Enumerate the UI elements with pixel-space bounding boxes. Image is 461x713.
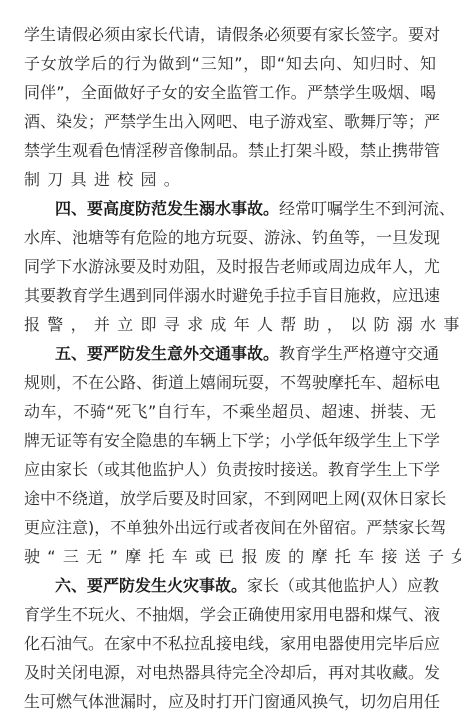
line-text: 家长（或其他监护人）应教 [247, 576, 439, 595]
line-text: 育学生不玩火、不抽烟，学会正确使用家用电器和煤气、液 [24, 605, 440, 624]
text-line: 应由家长（或其他监护人）负责按时接送。教育学生上下学 [24, 455, 436, 484]
section-heading: 四、要高度防范发生溺水事故。 [55, 199, 279, 218]
line-text: 制刀具进校园。 [24, 170, 187, 189]
text-line: 其要教育学生遇到同伴溺水时避免手拉手盲目施救，应迅速 [24, 281, 436, 310]
section-heading-line-6: 六、要严防发生火灾事故。家长（或其他监护人）应教 [55, 571, 436, 600]
line-text: 同伴”，全面做好子女的安全监管工作。严禁学生吸烟、喝 [24, 83, 436, 102]
line-text: 教育学生严格遵守交通 [279, 344, 439, 363]
text-line: 水库、池塘等有危险的地方玩耍、游泳、钓鱼等，一旦发现 [24, 223, 436, 252]
line-text: 报警，并立即寻求成年人帮助，以防溺水事故的发生。 [24, 315, 461, 334]
text-line: 更应注意)，不单独外出远行或者夜间在外留宿。严禁家长驾 [24, 513, 436, 542]
line-text: 水库、池塘等有危险的地方玩耍、游泳、钓鱼等，一旦发现 [24, 228, 440, 247]
text-line: 禁学生观看色情淫秽音像制品。禁止打架斗殴，禁止携带管 [24, 136, 436, 165]
line-text: 禁学生观看色情淫秽音像制品。禁止打架斗殴，禁止携带管 [24, 141, 440, 160]
line-text: 更应注意)，不单独外出远行或者夜间在外留宿。严禁家长驾 [24, 518, 446, 537]
line-text: 牌无证等有安全隐患的车辆上下学；小学低年级学生上下学 [24, 431, 440, 450]
section-heading-line-4: 四、要高度防范发生溺水事故。经常叮嘱学生不到河流、 [55, 194, 436, 223]
line-text: 及时关闭电源，对电热器具待完全冷却后，再对其收藏。发 [24, 663, 440, 682]
text-line: 牌无证等有安全隐患的车辆上下学；小学低年级学生上下学 [24, 426, 436, 455]
line-text: 生可燃气体泄漏时，应及时打开门窗通风换气，切勿启用任 [24, 692, 440, 711]
line-text: 学生请假必须由家长代请，请假条必须要有家长签字。要对 [24, 25, 440, 44]
section-heading: 六、要严防发生火灾事故。 [55, 576, 247, 595]
text-line: 酒、染发；严禁学生出入网吧、电子游戏室、歌舞厅等；严 [24, 107, 436, 136]
section-heading: 五、要严防发生意外交通事故。 [55, 344, 279, 363]
text-line: 动车，不骑“死飞”自行车，不乘坐超员、超速、拼装、无 [24, 397, 436, 426]
text-line: 同伴”，全面做好子女的安全监管工作。严禁学生吸烟、喝 [24, 78, 436, 107]
text-line: 途中不绕道，放学后要及时回家，不到网吧上网(双休日家长 [24, 484, 436, 513]
line-text: 应由家长（或其他监护人）负责按时接送。教育学生上下学 [24, 460, 440, 479]
line-text: 同学下水游泳要及时劝阻，及时报告老师或周边成年人，尤 [24, 257, 440, 276]
line-text: 酒、染发；严禁学生出入网吧、电子游戏室、歌舞厅等；严 [24, 112, 440, 131]
line-text: 子女放学后的行为做到“三知”，即“知去向、知归时、知 [24, 54, 436, 73]
text-line: 生可燃气体泄漏时，应及时打开门窗通风换气，切勿启用任 [24, 687, 436, 713]
text-line: 及时关闭电源，对电热器具待完全冷却后，再对其收藏。发 [24, 658, 436, 687]
document-page: 学生请假必须由家长代请，请假条必须要有家长签字。要对 子女放学后的行为做到“三知… [0, 0, 461, 713]
text-line: 报警，并立即寻求成年人帮助，以防溺水事故的发生。 [24, 310, 436, 339]
text-line: 化石油气。在家中不私拉乱接电线，家用电器使用完毕后应 [24, 629, 436, 658]
text-line: 规则，不在公路、街道上嬉闹玩耍，不驾驶摩托车、超标电 [24, 368, 436, 397]
line-text: 规则，不在公路、街道上嬉闹玩耍，不驾驶摩托车、超标电 [24, 373, 440, 392]
line-text: 经常叮嘱学生不到河流、 [279, 199, 455, 218]
text-line: 制刀具进校园。 [24, 165, 436, 194]
line-text: 其要教育学生遇到同伴溺水时避免手拉手盲目施救，应迅速 [24, 286, 440, 305]
text-line: 子女放学后的行为做到“三知”，即“知去向、知归时、知 [24, 49, 436, 78]
section-heading-line-5: 五、要严防发生意外交通事故。教育学生严格遵守交通 [55, 339, 436, 368]
text-line: 学生请假必须由家长代请，请假条必须要有家长签字。要对 [24, 20, 436, 49]
text-line: 育学生不玩火、不抽烟，学会正确使用家用电器和煤气、液 [24, 600, 436, 629]
text-line: 同学下水游泳要及时劝阻，及时报告老师或周边成年人，尤 [24, 252, 436, 281]
line-text: 驶“三无”摩托车或已报废的摩托车接送子女。 [24, 547, 461, 566]
text-line: 驶“三无”摩托车或已报废的摩托车接送子女。 [24, 542, 436, 571]
line-text: 动车，不骑“死飞”自行车，不乘坐超员、超速、拼装、无 [24, 402, 436, 421]
line-text: 化石油气。在家中不私拉乱接电线，家用电器使用完毕后应 [24, 634, 440, 653]
line-text: 途中不绕道，放学后要及时回家，不到网吧上网(双休日家长 [24, 489, 446, 508]
